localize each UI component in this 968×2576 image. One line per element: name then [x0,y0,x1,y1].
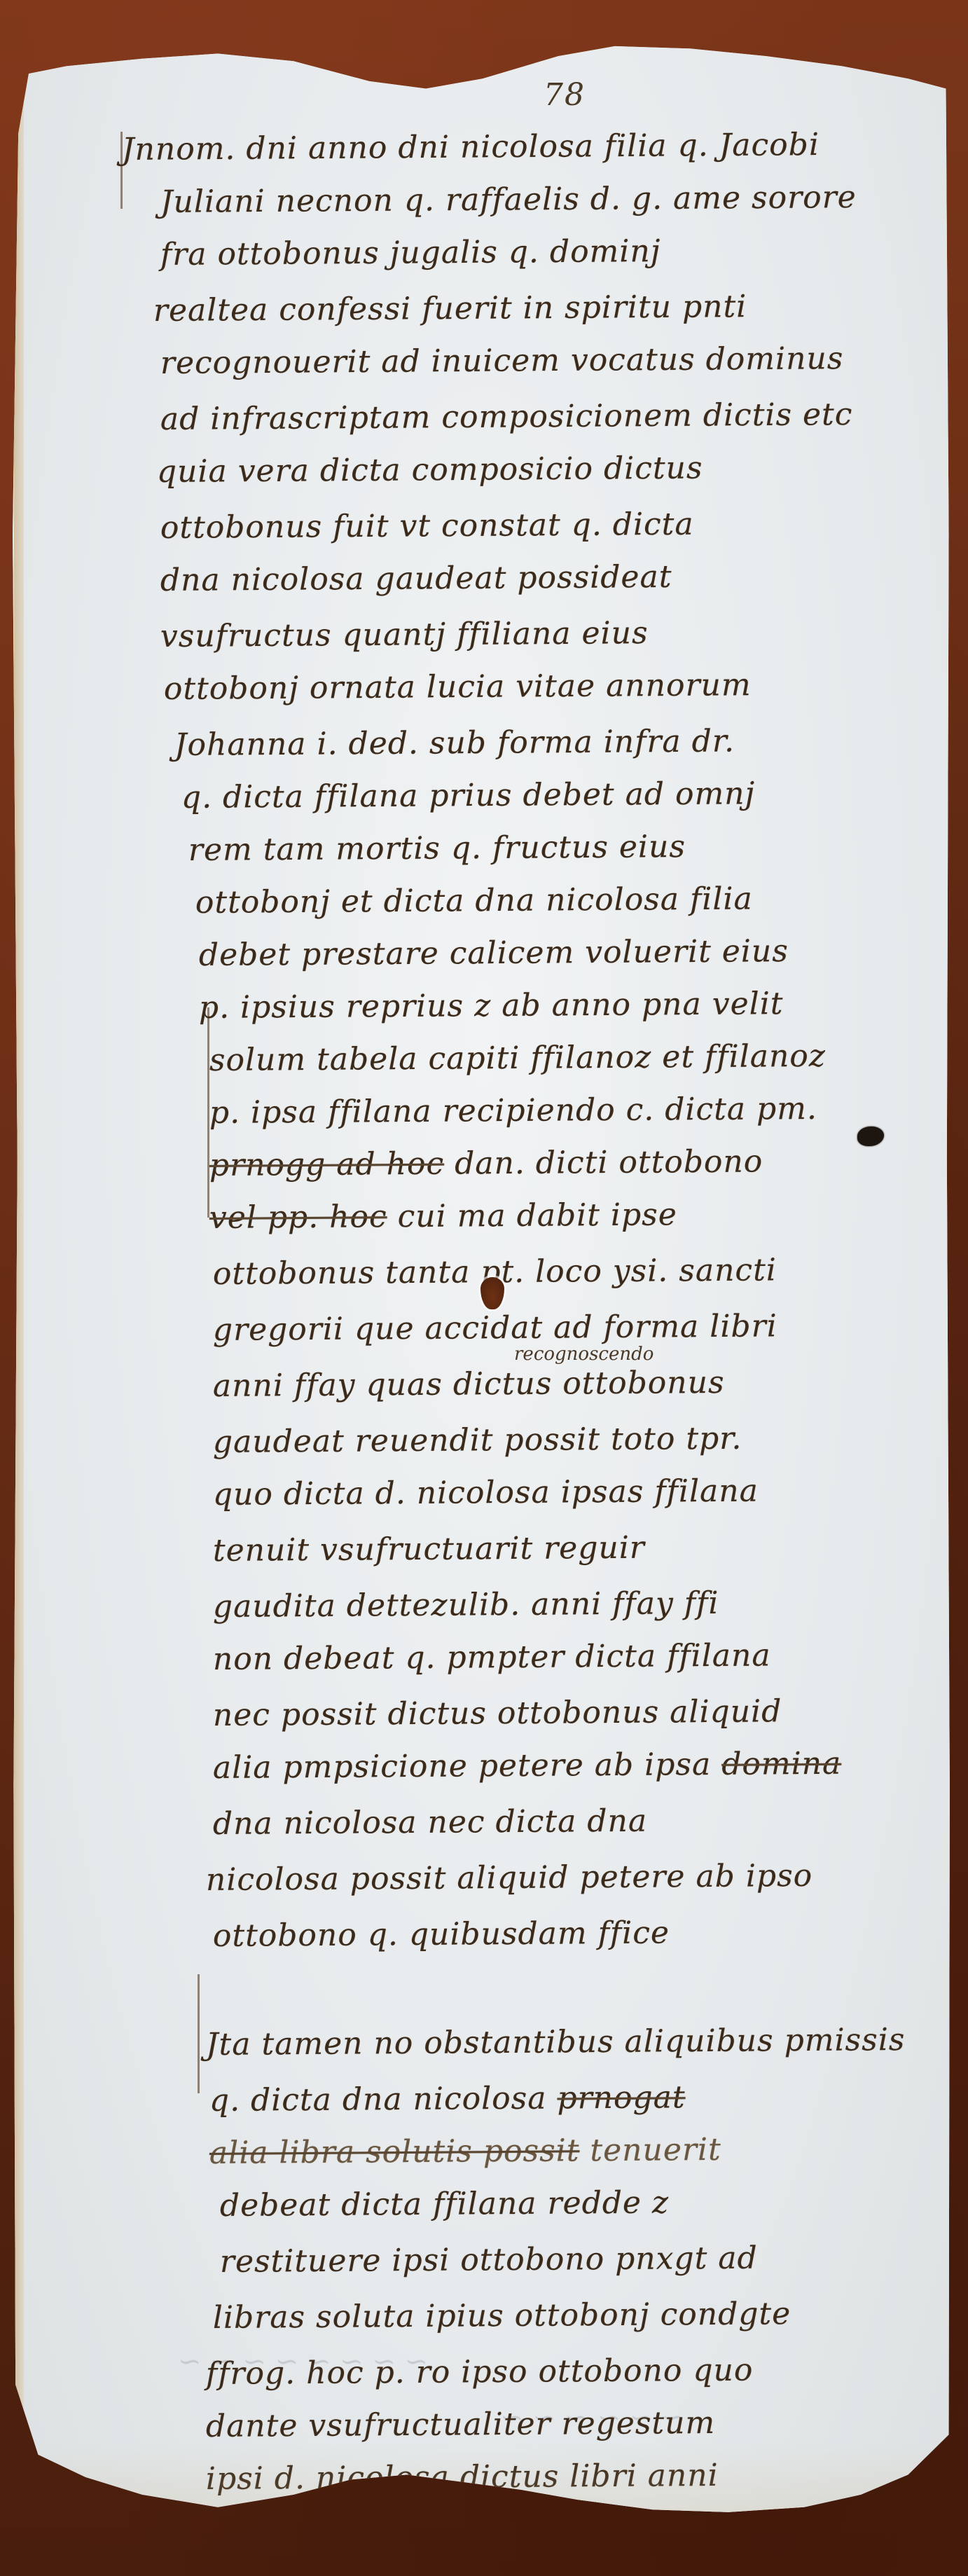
struck-text: prnogat [557,2079,685,2116]
manuscript-line: anni ffay quas dictus ottobonus [213,1365,725,1417]
manuscript-line: solum tabela capiti ffilanoz et ffilanoz [209,1038,827,1091]
struck-text: prnogg ad hoc [209,1146,445,1183]
manuscript-line: ottobonj ornata lucia vitae annorum [164,667,752,720]
manuscript-line: gaudita dettezulib. anni ffay ffi [213,1585,719,1638]
manuscript-line: q. dicta ffilana prius debet ad omnj [181,776,756,829]
line-text: dan. dicti ottobono [455,1143,763,1181]
manuscript-line: p. ipsa ffilana recipiendo c. dicta pm. [209,1091,817,1144]
manuscript-line: ottobonus fuit vt constat q. dicta [160,507,694,559]
line-text: cui ma dabit ipse [397,1197,677,1234]
manuscript-line: gaudeat reuendit possit toto tpr. [213,1421,742,1473]
margin-bracket [198,1974,200,2093]
manuscript-line: ottobono q. quibusdam ffice [213,1915,670,1967]
paper-hole [480,1277,504,1309]
manuscript-line: dna nicolosa nec dicta dna [213,1803,648,1855]
manuscript-line: rem tam mortis q. fructus eius [188,829,686,881]
manuscript-line: Jnnom. dni anno dni nicolosa filia q. Ja… [122,127,820,181]
manuscript-sheet: 78 ~ ~ ~ ~ ~ ~ ~ ~ ~ ~ ~ ~ ~ ~ Jnnom. dn… [10,34,955,2535]
paper-stain [38,2444,948,2528]
manuscript-line: quia vera dicta composicio dictus [157,450,703,503]
ink-blot [857,1127,884,1146]
manuscript-line-with-deletion: q. dicta dna nicolosa prnogat [209,2079,686,2132]
manuscript-line: fra ottobonus jugalis q. dominj [160,233,661,286]
manuscript-line: debeat dicta ffilana redde z [220,2185,670,2237]
manuscript-line: nicolosa possit aliquid petere ab ipso [206,1858,813,1911]
line-text: q. dicta dna nicolosa [209,2081,547,2119]
manuscript-line: dna nicolosa gaudeat possideat [160,559,672,612]
manuscript-line-with-deletion: vel pp. hoc cui ma dabit ipse [209,1197,677,1249]
manuscript-line: gregorii que accidat ad forma libri [213,1308,777,1361]
manuscript-line: recognouerit ad inuicem vocatus dominus [160,340,844,394]
manuscript-line: p. ipsius reprius z ab anno pna velit [199,986,784,1039]
manuscript-line-with-deletion: alia pmpsicione petere ab ipsa domina [213,1746,842,1799]
manuscript-line: ad infrascriptam composicionem dictis et… [160,397,853,450]
manuscript-line: ottobonj et dicta dna nicolosa filia [195,881,753,934]
manuscript-line: debet prestare calicem voluerit eius [199,933,789,986]
manuscript-line: quo dicta d. nicolosa ipsas ffilana [213,1473,759,1526]
struck-text: domina [721,1746,841,1782]
manuscript-line: nec possit dictus ottobonus aliquid [213,1693,782,1747]
line-text: tenuerit [590,2132,721,2168]
manuscript-line: realtea confessi fuerit in spiritu pnti [153,289,747,342]
manuscript-line: Jta tamen no obstantibus aliquibus pmiss… [206,2022,906,2076]
interlinear-insertion: recognoscendo [514,1344,654,1365]
manuscript-line: non debeat q. pmpter dicta ffilana [213,1637,771,1690]
manuscript-line: restituere ipsi ottobono pnxgt ad [220,2240,758,2293]
line-text: alia pmpsicione petere ab ipsa [213,1747,712,1786]
manuscript-line: Juliani necnon q. raffaelis d. g. ame so… [160,179,857,233]
manuscript-line-with-deletion: alia libra solutis possit tenuerit [209,2132,721,2184]
manuscript-line: Johanna i. ded. sub forma infra dr. [174,723,735,776]
paper-fold-edge [14,97,24,2493]
manuscript-line: ffrog. hoc p. ro ipso ottobono quo [206,2353,754,2405]
manuscript-line: vsufructus quantj ffiliana eius [160,615,649,668]
page-number: 78 [544,77,586,113]
manuscript-line: libras soluta ipius ottobonj condgte [213,2296,791,2349]
manuscript-line: tenuit vsufructuarit reguir [213,1530,645,1582]
struck-text: vel pp. hoc [209,1199,387,1236]
manuscript-line-with-deletion: prnogg ad hoc dan. dicti ottobono [209,1143,763,1197]
struck-text: alia libra solutis possit [209,2133,580,2171]
